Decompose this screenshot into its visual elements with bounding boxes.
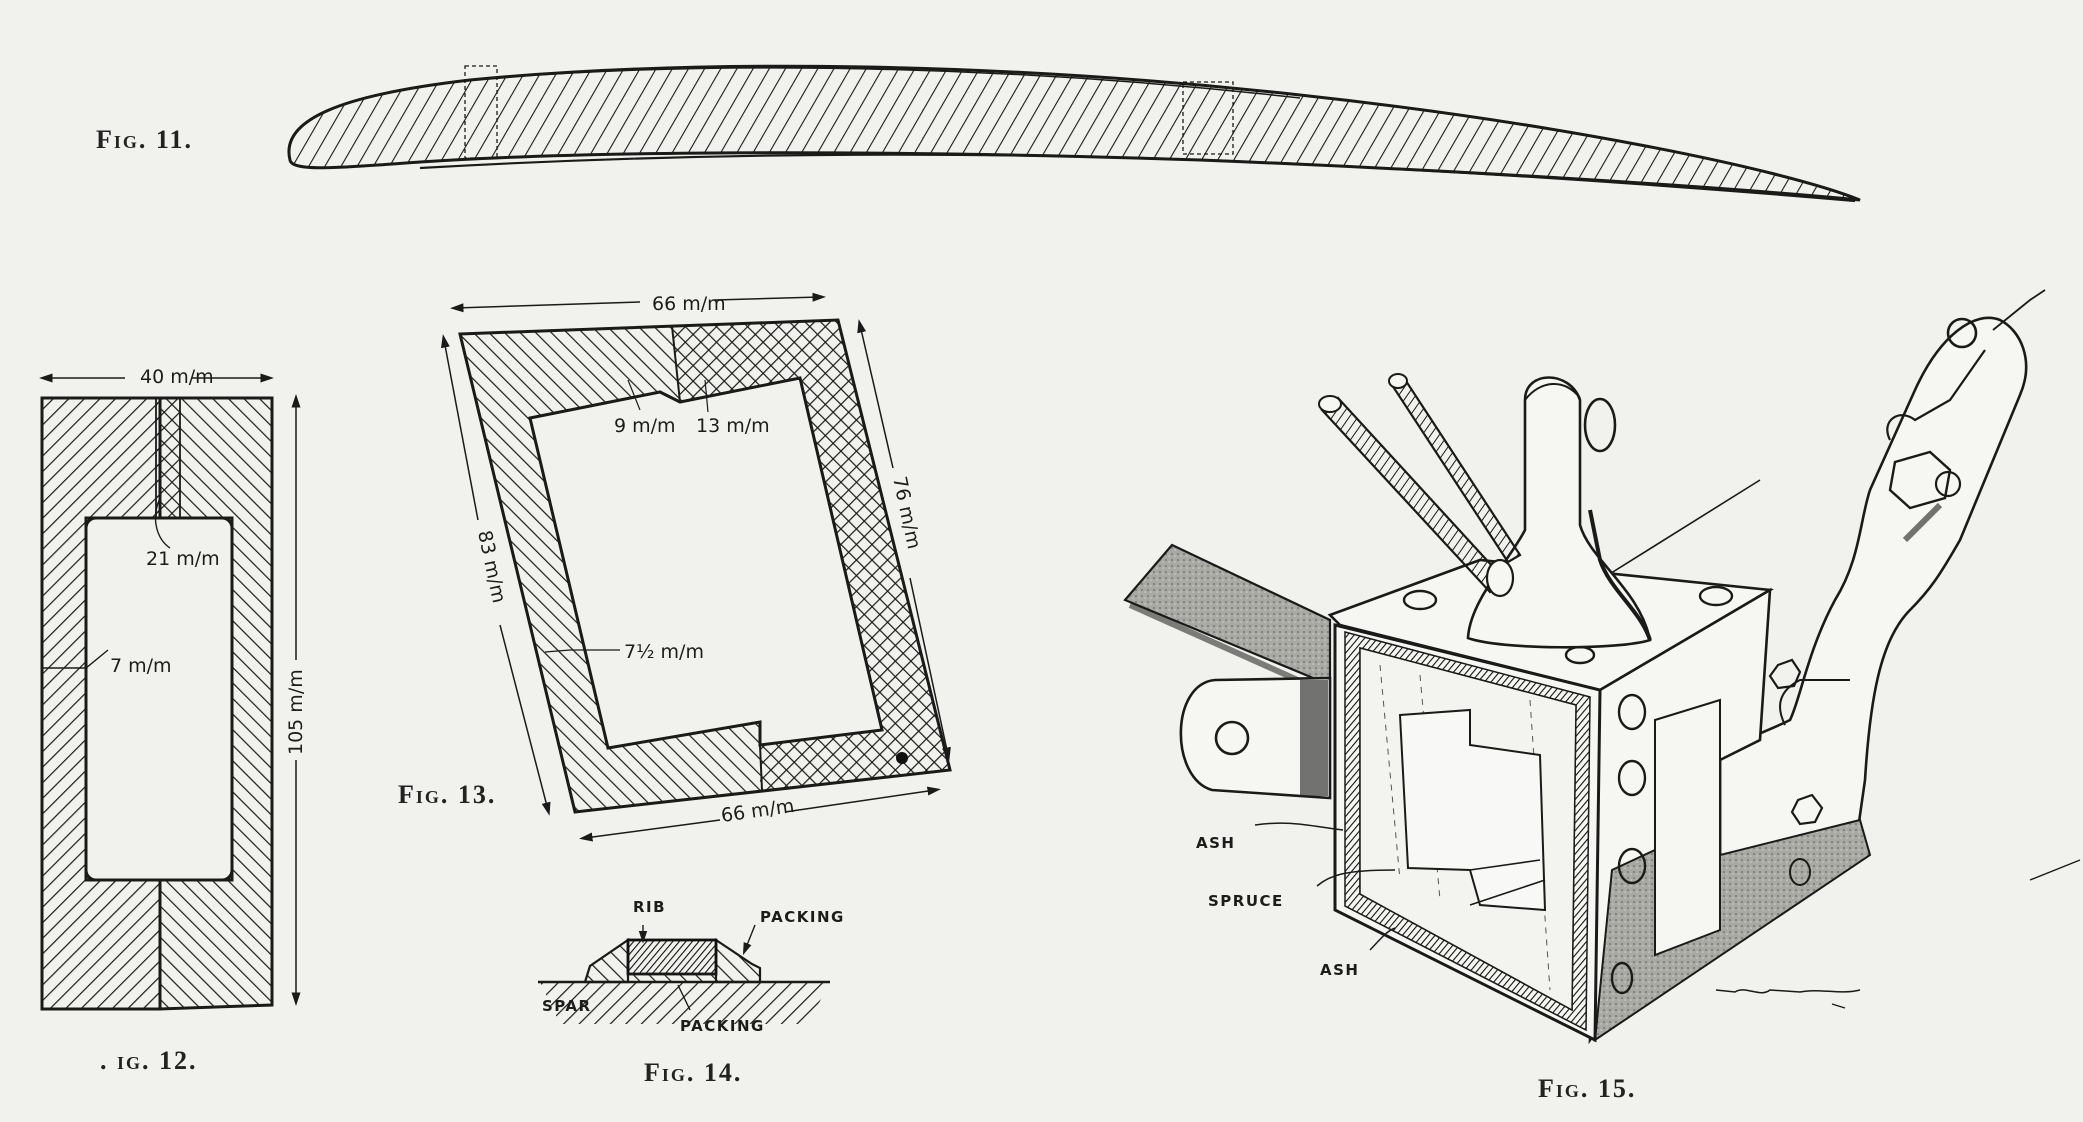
fig12-width-dim: 40 m/m (140, 366, 214, 388)
fig13-wall-dim: 7½ m/m (624, 641, 704, 663)
fig14-caption: Fig. 14. (644, 1058, 742, 1088)
fig12-wall-dim: 7 m/m (110, 655, 172, 677)
fig13-joint-left-dim: 9 m/m (614, 415, 676, 437)
fig14-spar-label: SPAR (542, 997, 592, 1015)
fig13-box-spar-section: 66 m/m 9 m/m 13 m/m 7½ m/m 83 m/m 76 m/m… (444, 293, 950, 838)
fig14-rib-packing: RIB PACKING SPAR PACKING (538, 898, 845, 1035)
fig11-airfoil (289, 66, 1860, 201)
fig13-left-dim: 83 m/m (473, 528, 510, 605)
fig12-height-dim: 105 m/m (285, 669, 307, 755)
fig12-spar-section: 40 m/m 21 m/m 7 m/m 105 m/m (42, 366, 307, 1009)
fig11-caption: Fig. 11. (96, 125, 193, 155)
fig14-packing-bottom-label: PACKING (680, 1017, 765, 1035)
fig12-web-dim: 21 m/m (146, 548, 220, 570)
fig15-ash-bottom-label: ASH (1320, 961, 1359, 979)
fig15-fitting: ASH SPRUCE ASH (1125, 290, 2080, 1040)
fig13-bottom-dim: 66 m/m (720, 795, 796, 827)
fig15-caption: Fig. 15. (1538, 1074, 1636, 1104)
fig12-caption: . ig. 12. (100, 1046, 198, 1076)
fig15-spruce-label: SPRUCE (1208, 892, 1284, 910)
fig14-packing-top-label: PACKING (760, 908, 845, 926)
engineering-plate: 40 m/m 21 m/m 7 m/m 105 m/m 66 m/m (0, 0, 2083, 1122)
fig13-caption: Fig. 13. (398, 780, 496, 810)
plate-drawings: 40 m/m 21 m/m 7 m/m 105 m/m 66 m/m (0, 0, 2083, 1122)
fig15-rods (1319, 374, 1520, 596)
fig13-joint-right-dim: 13 m/m (696, 415, 770, 437)
fig14-rib-label: RIB (633, 898, 666, 916)
fig13-top-dim: 66 m/m (652, 293, 726, 315)
fig15-ash-top-label: ASH (1196, 834, 1235, 852)
